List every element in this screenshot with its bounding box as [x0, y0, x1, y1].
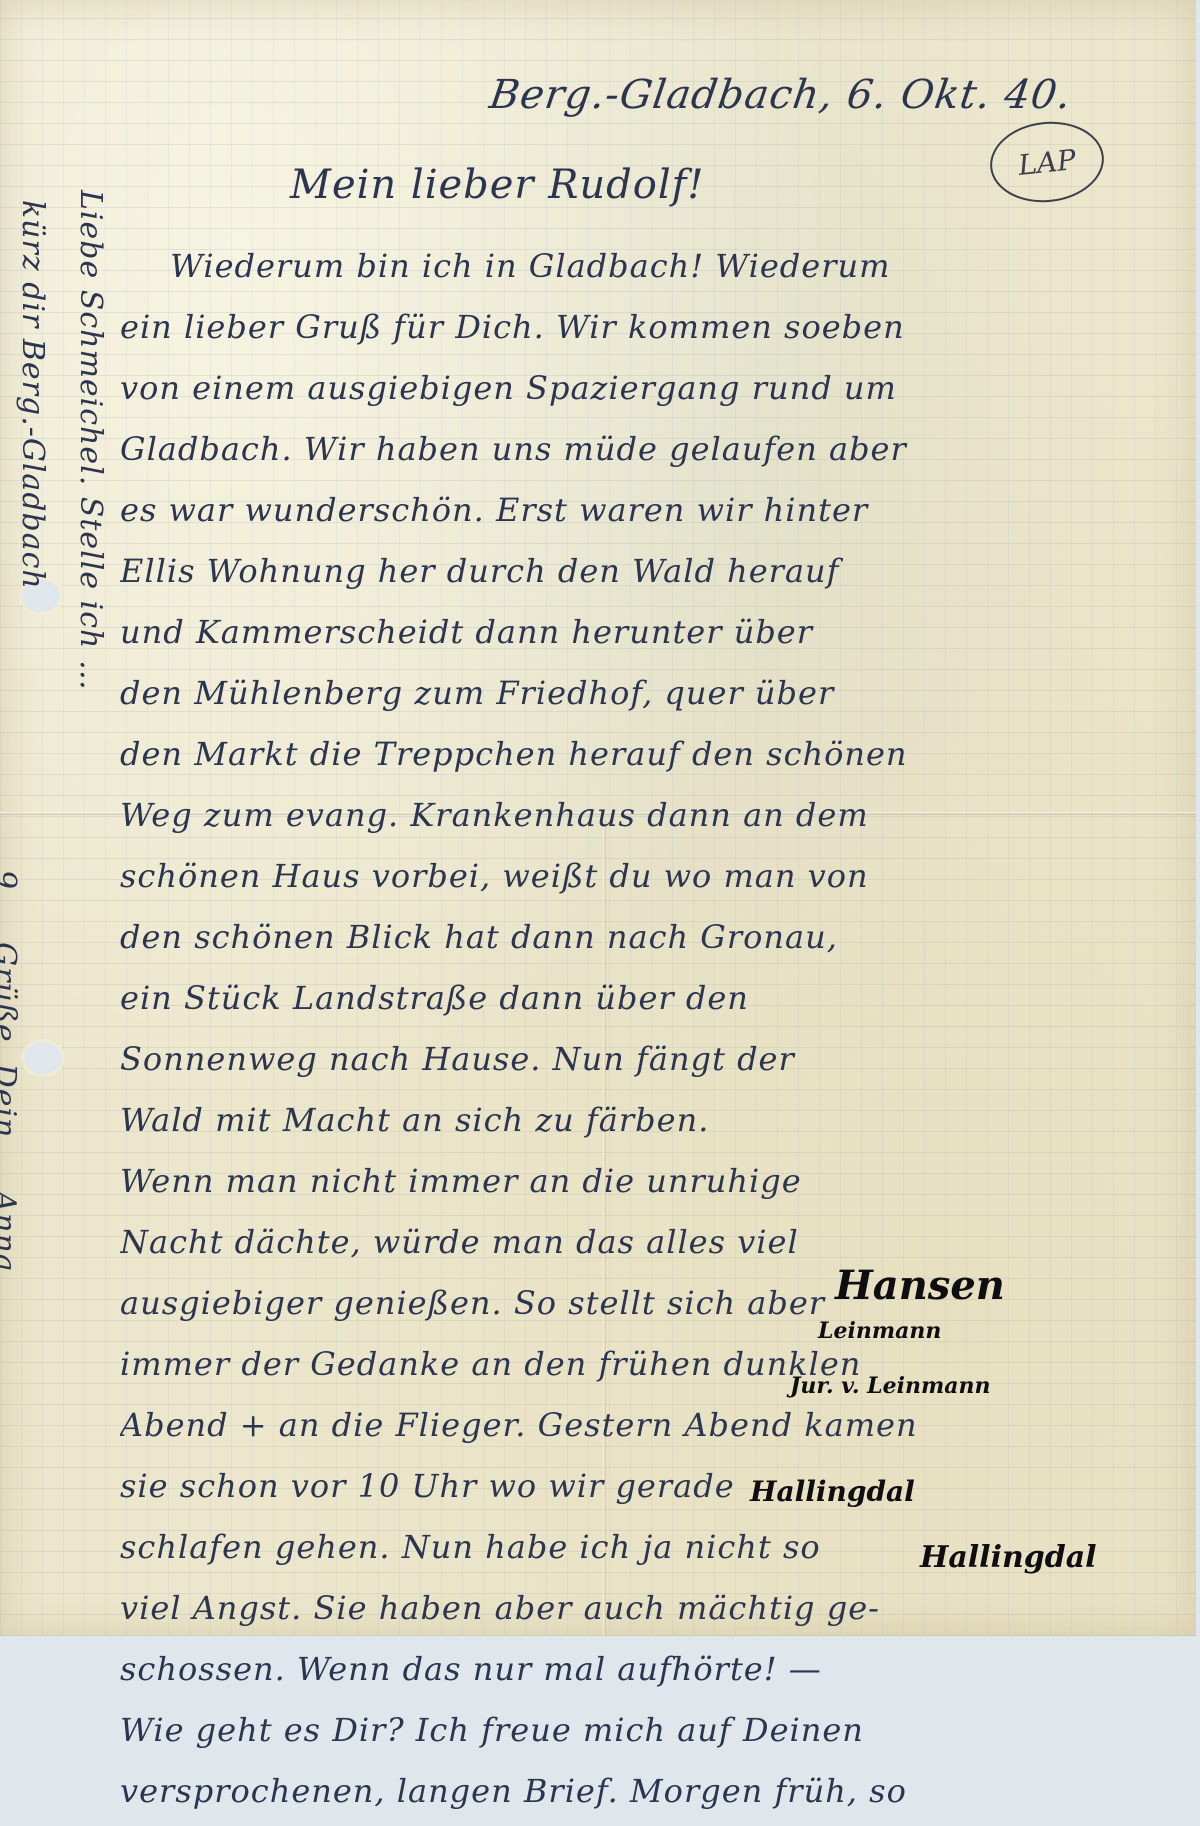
body-line: den Markt die Treppchen herauf den schön…	[120, 728, 1190, 789]
body-line: viel Angst. Sie haben aber auch mächtig …	[120, 1582, 1190, 1642]
body-line: schönen Haus vorbei, weißt du wo man von	[120, 850, 1190, 911]
archive-stamp-hallingdal-2: Hallingdal	[920, 1540, 1097, 1575]
body-line: den schönen Blick hat dann nach Gronau,	[120, 911, 1190, 972]
body-line: es war wunderschön. Erst waren wir hinte…	[120, 484, 1190, 545]
body-line: Gladbach. Wir haben uns müde gelaufen ab…	[120, 423, 1190, 484]
body-line: Wald mit Macht an sich zu färben.	[120, 1094, 1190, 1155]
body-line: Weg zum evang. Krankenhaus dann an dem	[120, 789, 1190, 850]
censor-title-stamp: Jur. v. Leinmann	[790, 1373, 991, 1399]
letter-sheet: Berg.-Gladbach, 6. Okt. 40. LAP Mein lie…	[0, 0, 1196, 1636]
body-line: den Mühlenberg zum Friedhof, quer über	[120, 667, 1190, 728]
body-line: und Kammerscheidt dann herunter über	[120, 606, 1190, 667]
body-line: ein lieber Gruß für Dich. Wir kommen soe…	[120, 301, 1190, 362]
censor-signature-stamp: Hansen	[835, 1262, 1005, 1309]
letter-body: Wiederum bin ich in Gladbach! Wiederum e…	[120, 240, 1190, 1642]
body-line: von einem ausgiebigen Spaziergang rund u…	[120, 362, 1190, 423]
archive-stamp-hallingdal-1: Hallingdal	[750, 1475, 915, 1508]
margin-note-2: kürz dir Berg.-Gladbach	[15, 200, 50, 590]
body-line: Wiederum bin ich in Gladbach! Wiederum	[120, 240, 1190, 301]
body-line: Sonnenweg nach Hause. Nun fängt der	[120, 1033, 1190, 1094]
body-line: Ellis Wohnung her durch den Wald herauf	[120, 545, 1190, 606]
place-date-line: Berg.-Gladbach, 6. Okt. 40.	[487, 72, 1075, 118]
body-line: Wenn man nicht immer an die unruhige	[120, 1155, 1190, 1216]
margin-note-3: 9 … Grüße. Dein … Anna	[0, 870, 22, 1273]
body-line: ausgiebiger genießen. So stellt sich abe…	[120, 1277, 1190, 1338]
body-line: ein Stück Landstraße dann über den	[120, 972, 1190, 1033]
body-line: Abend + an die Flieger. Gestern Abend ka…	[120, 1399, 1190, 1460]
body-line: Nacht dächte, würde man das alles viel	[120, 1216, 1190, 1277]
body-line: immer der Gedanke an den frühen dunklen	[120, 1338, 1190, 1399]
salutation: Mein lieber Rudolf!	[290, 162, 705, 208]
censor-name-stamp: Leinmann	[818, 1318, 941, 1344]
margin-note-1: Liebe Schmeichel. Stelle ich …	[73, 190, 108, 691]
body-line: sie schon vor 10 Uhr wo wir gerade	[120, 1460, 1190, 1521]
punch-hole-bottom	[24, 1042, 62, 1074]
